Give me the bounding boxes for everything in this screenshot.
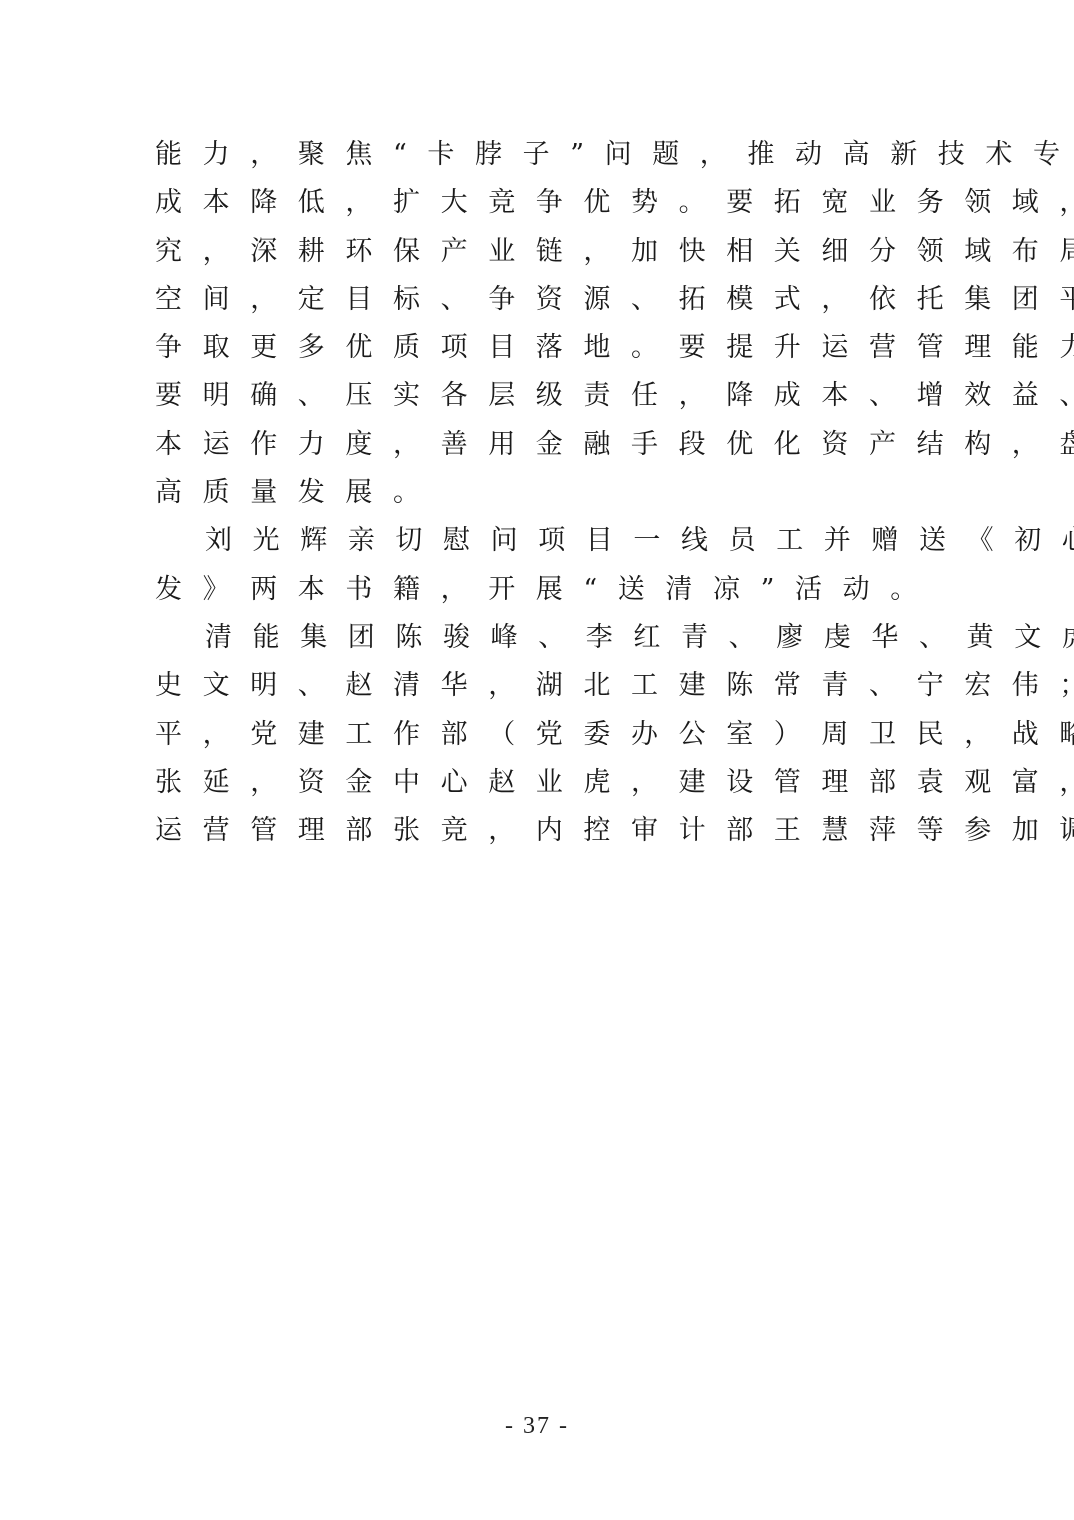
paragraph-3: 清能集团陈骏峰、李红青、廖虔华、黄文虎，东湖高新集团 史文明、赵清华，湖北工建陈…: [155, 614, 925, 855]
text-line: 要明确、压实各层级责任，降成本、增效益、保安全。要加大资: [155, 372, 925, 420]
text-line: 究，深耕环保产业链，加快相关细分领域布局步伐。要拓展市场: [155, 228, 925, 276]
text-line: 成本降低，扩大竞争优势。要拓宽业务领域，解放思想、加强研: [155, 179, 925, 227]
text-line: 刘光辉亲切慰问项目一线员工并赠送《初心如磐》《踔厉奋: [155, 517, 925, 565]
paragraph-1: 能力，聚焦“卡脖子”问题，推动高新技术专利量质齐升，推进 成本降低，扩大竞争优势…: [155, 131, 925, 517]
text-line: 张延，资金中心赵业虎，建设管理部袁观富，综合办公室李林，: [155, 759, 925, 807]
text-line: 高质量发展。: [155, 469, 925, 517]
page-number: - 37 -: [0, 1413, 1074, 1440]
text-line: 本运作力度，善用金融手段优化资产结构，盘活资产资源，赋能: [155, 421, 925, 469]
text-line: 空间，定目标、争资源、拓模式，依托集团平台发挥协同优势，: [155, 276, 925, 324]
body-text: 能力，聚焦“卡脖子”问题，推动高新技术专利量质齐升，推进 成本降低，扩大竞争优势…: [155, 131, 925, 855]
text-line: 清能集团陈骏峰、李红青、廖虔华、黄文虎，东湖高新集团: [155, 614, 925, 662]
text-line: 发》两本书籍，开展“送清凉”活动。: [155, 566, 925, 614]
text-line: 运营管理部张竞，内控审计部王慧萍等参加调研。: [155, 807, 925, 855]
text-line: 平，党建工作部（党委办公室）周卫民，战略发展办公室肖志峰、: [155, 711, 925, 759]
text-line: 争取更多优质项目落地。要提升运营管理能力，责任重于泰山，: [155, 324, 925, 372]
document-page: 能力，聚焦“卡脖子”问题，推动高新技术专利量质齐升，推进 成本降低，扩大竞争优势…: [0, 0, 1074, 1520]
text-line: 史文明、赵清华，湖北工建陈常青、宁宏伟；湖北联投工会殷三: [155, 662, 925, 710]
text-line: 能力，聚焦“卡脖子”问题，推动高新技术专利量质齐升，推进: [155, 131, 925, 179]
paragraph-2: 刘光辉亲切慰问项目一线员工并赠送《初心如磐》《踔厉奋 发》两本书籍，开展“送清凉…: [155, 517, 925, 614]
